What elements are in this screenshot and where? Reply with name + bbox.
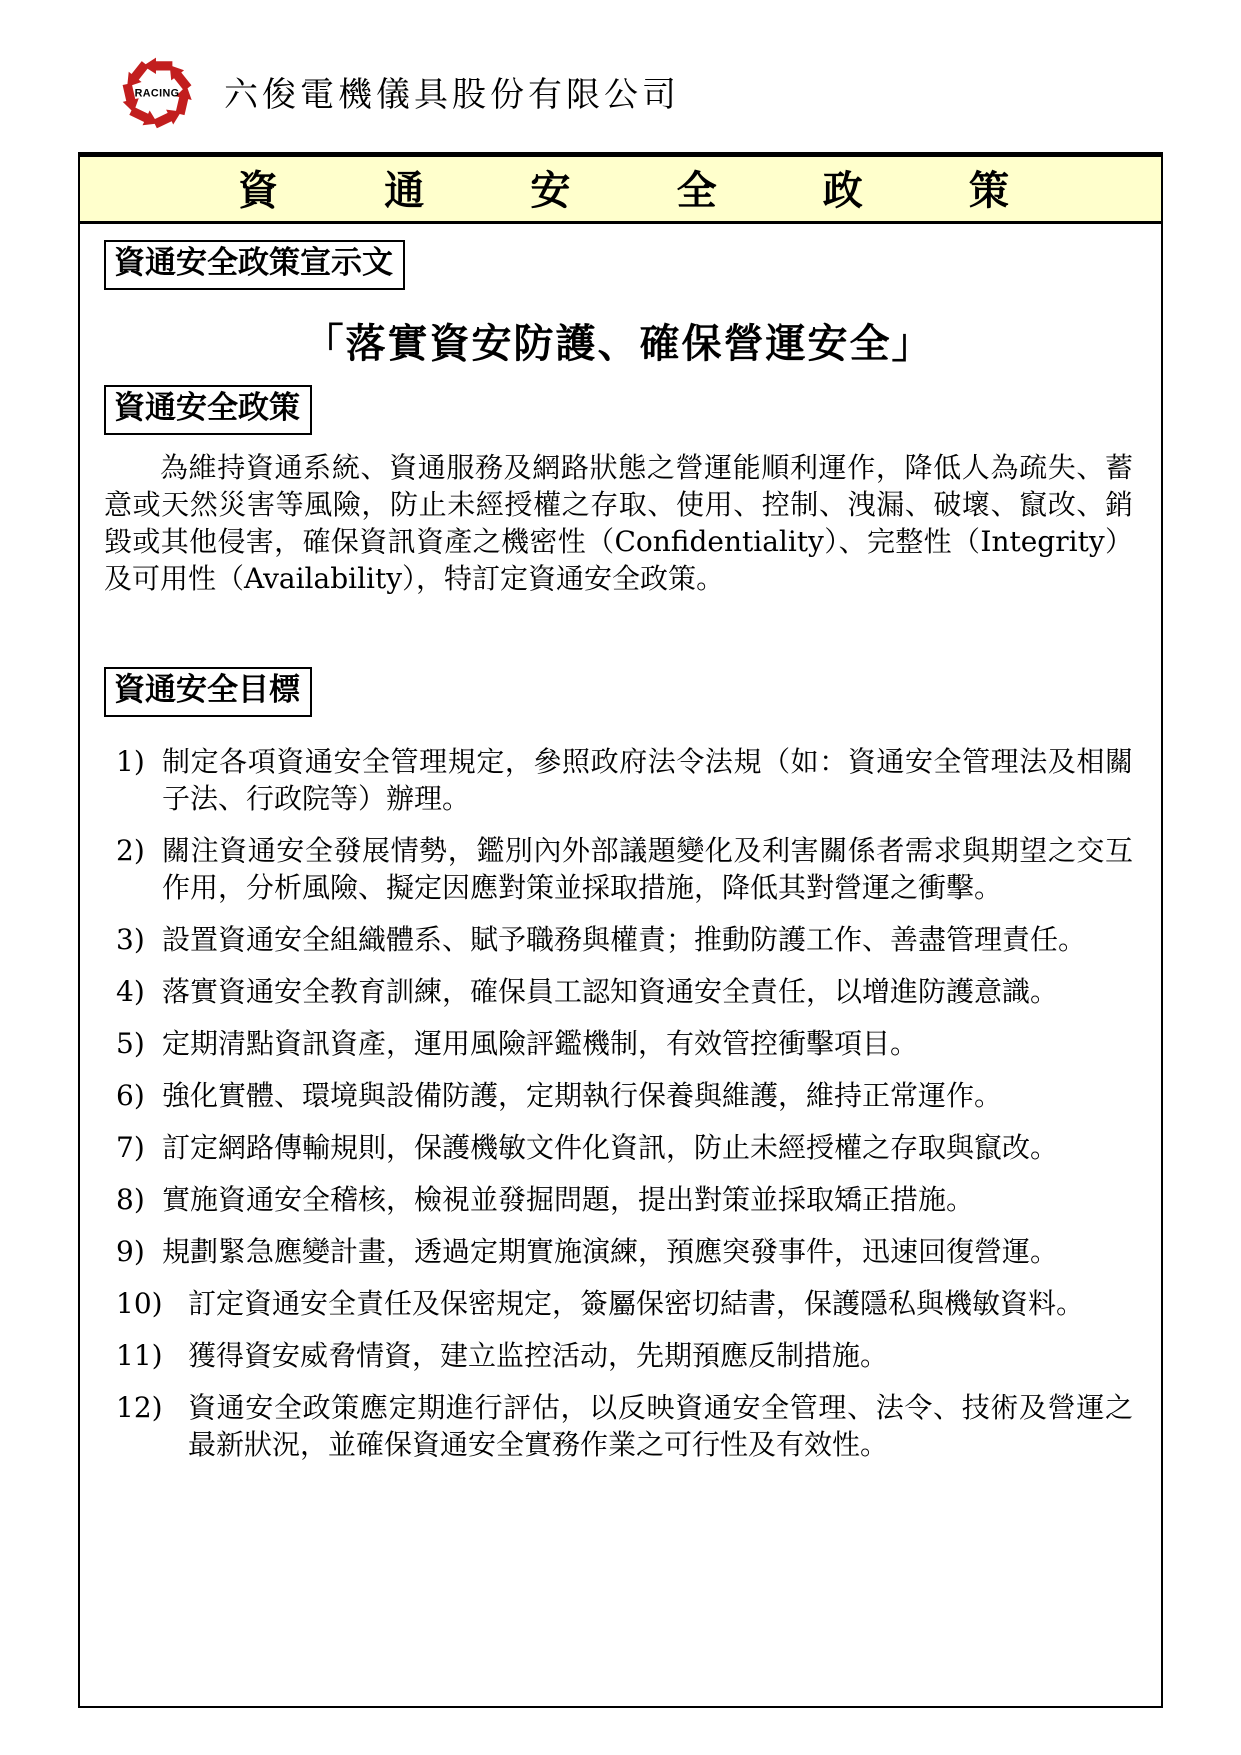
goal-item-4: 4) 落實資通安全教育訓練，確保員工認知資通安全責任，以增進防護意識。 — [116, 973, 1133, 1010]
racing-arrows-ring-icon: RACING — [116, 52, 198, 134]
goal-number: 3) — [116, 921, 162, 958]
goal-number: 2) — [116, 832, 162, 906]
goal-number: 12) — [116, 1389, 188, 1463]
heading-declaration: 資通安全政策宣示文 — [104, 240, 405, 290]
goal-text: 資通安全政策應定期進行評估，以反映資通安全管理、法令、技術及營運之最新狀況，並確… — [188, 1389, 1133, 1463]
goal-item-3: 3) 設置資通安全組織體系、賦予職務與權責；推動防護工作、善盡管理責任。 — [116, 921, 1133, 958]
goal-number: 8) — [116, 1181, 162, 1218]
goal-text: 實施資通安全稽核，檢視並發掘問題，提出對策並採取矯正措施。 — [162, 1181, 1133, 1218]
goal-text: 規劃緊急應變計畫，透過定期實施演練，預應突發事件，迅速回復營運。 — [162, 1233, 1133, 1270]
banner-title-char: 全 — [677, 159, 717, 216]
heading-policy: 資通安全政策 — [104, 385, 312, 435]
goal-text: 強化實體、環境與設備防護，定期執行保養與維護，維持正常運作。 — [162, 1077, 1133, 1114]
goal-text: 訂定網路傳輸規則，保護機敏文件化資訊，防止未經授權之存取與竄改。 — [162, 1129, 1133, 1166]
goal-text: 設置資通安全組織體系、賦予職務與權責；推動防護工作、善盡管理責任。 — [162, 921, 1133, 958]
banner-title-char: 通 — [384, 159, 424, 216]
company-header: RACING 六俊電機儀具股份有限公司 — [116, 52, 680, 134]
heading-goals: 資通安全目標 — [104, 667, 312, 717]
goal-number: 9) — [116, 1233, 162, 1270]
policy-slogan: 「落實資安防護、確保營運安全」 — [104, 312, 1133, 369]
policy-paragraph: 為維持資通系統、資通服務及網路狀態之營運能順利運作，降低人為疏失、蓄意或天然災害… — [104, 449, 1133, 597]
goal-text: 制定各項資通安全管理規定，參照政府法令法規（如：資通安全管理法及相關子法、行政院… — [162, 743, 1133, 817]
goal-item-1: 1) 制定各項資通安全管理規定，參照政府法令法規（如：資通安全管理法及相關子法、… — [116, 743, 1133, 817]
goal-item-7: 7) 訂定網路傳輸規則，保護機敏文件化資訊，防止未經授權之存取與竄改。 — [116, 1129, 1133, 1166]
goal-item-6: 6) 強化實體、環境與設備防護，定期執行保養與維護，維持正常運作。 — [116, 1077, 1133, 1114]
title-banner: 資 通 安 全 政 策 — [80, 157, 1161, 224]
goal-number: 10) — [116, 1285, 188, 1322]
goal-item-5: 5) 定期清點資訊資產，運用風險評鑑機制，有效管控衝擊項目。 — [116, 1025, 1133, 1062]
document-page: RACING 六俊電機儀具股份有限公司 資 通 安 全 政 策 資通安全政策宣示… — [0, 0, 1241, 1755]
racing-logo-icon: RACING — [116, 52, 198, 134]
goal-item-8: 8) 實施資通安全稽核，檢視並發掘問題，提出對策並採取矯正措施。 — [116, 1181, 1133, 1218]
goal-item-2: 2) 關注資通安全發展情勢，鑑別內外部議題變化及利害關係者需求與期望之交互作用，… — [116, 832, 1133, 906]
goal-number: 4) — [116, 973, 162, 1010]
goal-item-11: 11) 獲得資安威脅情資，建立监控活动，先期預應反制措施。 — [116, 1337, 1133, 1374]
goal-number: 1) — [116, 743, 162, 817]
goal-text: 落實資通安全教育訓練，確保員工認知資通安全責任，以增進防護意識。 — [162, 973, 1133, 1010]
goal-text: 關注資通安全發展情勢，鑑別內外部議題變化及利害關係者需求與期望之交互作用，分析風… — [162, 832, 1133, 906]
logo-text: RACING — [135, 88, 180, 100]
goal-number: 6) — [116, 1077, 162, 1114]
goal-number: 11) — [116, 1337, 188, 1374]
banner-title-char: 安 — [530, 159, 570, 216]
company-name: 六俊電機儀具股份有限公司 — [224, 67, 680, 120]
goal-item-10: 10) 訂定資通安全責任及保密規定，簽屬保密切結書，保護隱私與機敏資料。 — [116, 1285, 1133, 1322]
banner-title-char: 策 — [969, 159, 1009, 216]
goal-text: 訂定資通安全責任及保密規定，簽屬保密切結書，保護隱私與機敏資料。 — [188, 1285, 1133, 1322]
goal-number: 7) — [116, 1129, 162, 1166]
goal-item-9: 9) 規劃緊急應變計畫，透過定期實施演練，預應突發事件，迅速回復營運。 — [116, 1233, 1133, 1270]
policy-document-frame: 資 通 安 全 政 策 資通安全政策宣示文 「落實資安防護、確保營運安全」 資通… — [78, 152, 1163, 1708]
banner-title-char: 政 — [823, 159, 863, 216]
goal-text: 定期清點資訊資產，運用風險評鑑機制，有效管控衝擊項目。 — [162, 1025, 1133, 1062]
banner-title-char: 資 — [238, 159, 278, 216]
document-content: 資通安全政策宣示文 「落實資安防護、確保營運安全」 資通安全政策 為維持資通系統… — [80, 240, 1161, 1463]
goals-list: 1) 制定各項資通安全管理規定，參照政府法令法規（如：資通安全管理法及相關子法、… — [104, 743, 1133, 1463]
goal-number: 5) — [116, 1025, 162, 1062]
goal-item-12: 12) 資通安全政策應定期進行評估，以反映資通安全管理、法令、技術及營運之最新狀… — [116, 1389, 1133, 1463]
goal-text: 獲得資安威脅情資，建立监控活动，先期預應反制措施。 — [188, 1337, 1133, 1374]
